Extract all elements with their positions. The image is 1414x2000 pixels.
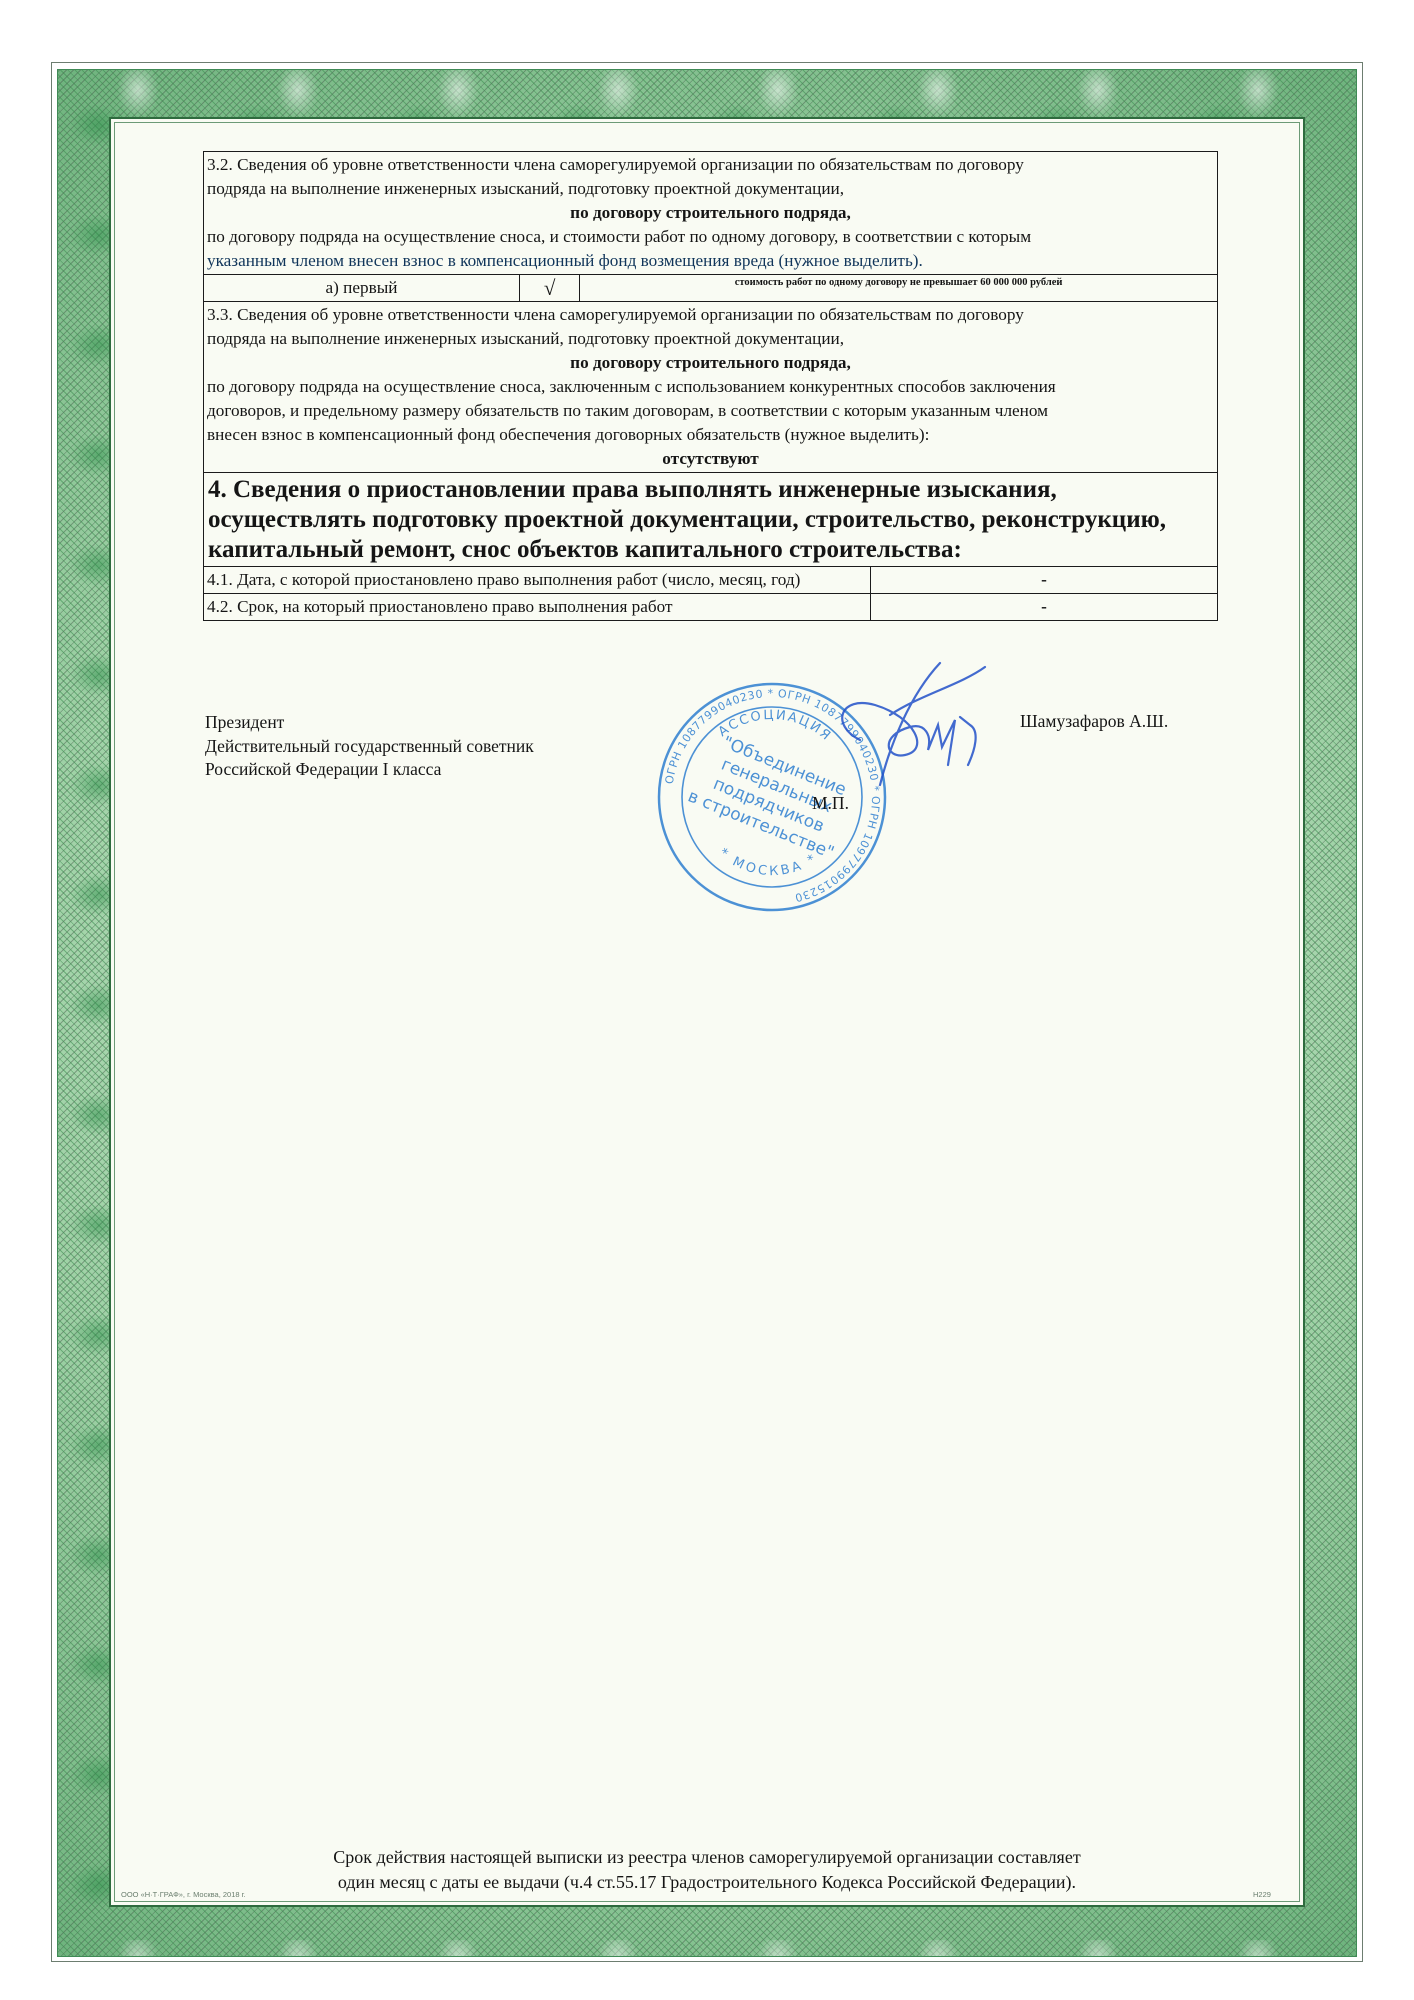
section-3-3-line5: внесен взнос в компенсационный фонд обес… xyxy=(207,423,1214,447)
section-3-2-line3: по договору подряда на осуществление сно… xyxy=(207,225,1214,249)
handwritten-signature-icon xyxy=(820,655,990,805)
section-3-3-bold-line: по договору строительного подряда, xyxy=(207,351,1214,375)
section-3-2-bold-line: по договору строительного подряда, xyxy=(207,201,1214,225)
section-3-3-value: отсутствуют xyxy=(207,447,1214,471)
validity-note: Срок действия настоящей выписки из реест… xyxy=(0,1845,1414,1894)
responsibility-level-row: а) первый √ стоимость работ по одному до… xyxy=(204,275,1218,302)
printer-imprint: ООО «Н·Т·ГРАФ», г. Москва, 2018 г. xyxy=(121,1890,246,1899)
suspension-term-row: 4.2. Срок, на который приостановлено пра… xyxy=(204,594,1218,621)
section-3-2-line2: подряда на выполнение инженерных изыскан… xyxy=(207,177,1214,201)
suspension-date-value: - xyxy=(870,567,1217,594)
section-3-3-line2: подряда на выполнение инженерных изыскан… xyxy=(207,327,1214,351)
section-3-2-line4: указанным членом внесен взнос в компенса… xyxy=(207,249,1214,273)
level-note: стоимость работ по одному договору не пр… xyxy=(580,275,1218,302)
signatory-rank-line1: Действительный государственный советник xyxy=(205,735,534,759)
signatory-position: Президент xyxy=(205,711,534,735)
section-3-3-line1: 3.3. Сведения об уровне ответственности … xyxy=(207,303,1214,327)
section-3-2-line1: 3.2. Сведения об уровне ответственности … xyxy=(207,153,1214,177)
validity-note-line1: Срок действия настоящей выписки из реест… xyxy=(0,1845,1414,1870)
section-4-heading-line1: 4. Сведения о приостановлении права выпо… xyxy=(208,475,1213,505)
section-3-2-row: 3.2. Сведения об уровне ответственности … xyxy=(204,152,1218,275)
suspension-term-label: 4.2. Срок, на который приостановлено пра… xyxy=(204,594,871,621)
level-label: а) первый xyxy=(204,275,520,302)
signatory-title: Президент Действительный государственный… xyxy=(205,711,534,782)
suspension-date-row: 4.1. Дата, с которой приостановлено прав… xyxy=(204,567,1218,594)
section-3-3-row: 3.3. Сведения об уровне ответственности … xyxy=(204,302,1218,473)
document-content: 3.2. Сведения об уровне ответственности … xyxy=(0,0,1414,2000)
section-3-3-line4: договоров, и предельному размеру обязате… xyxy=(207,399,1214,423)
section-3-3-text: 3.3. Сведения об уровне ответственности … xyxy=(204,302,1218,473)
form-code: H229 xyxy=(1253,1890,1271,1899)
suspension-term-value: - xyxy=(870,594,1217,621)
level-checkmark: √ xyxy=(520,275,580,302)
signatory-name: Шамузафаров А.Ш. xyxy=(1020,711,1168,732)
suspension-date-label: 4.1. Дата, с которой приостановлено прав… xyxy=(204,567,871,594)
section-3-3-line3: по договору подряда на осуществление сно… xyxy=(207,375,1214,399)
membership-details-table: 3.2. Сведения об уровне ответственности … xyxy=(203,151,1218,621)
section-4-heading-line3: капитальный ремонт, снос объектов капита… xyxy=(208,535,1213,565)
signatory-rank-line2: Российской Федерации I класса xyxy=(205,758,534,782)
section-3-2-text: 3.2. Сведения об уровне ответственности … xyxy=(204,152,1218,275)
seal-placement-mark: М.П. xyxy=(812,793,849,814)
section-4-heading-row: 4. Сведения о приостановлении права выпо… xyxy=(204,473,1218,567)
section-4-heading: 4. Сведения о приостановлении права выпо… xyxy=(204,473,1218,567)
section-4-heading-line2: осуществлять подготовку проектной докуме… xyxy=(208,505,1213,535)
